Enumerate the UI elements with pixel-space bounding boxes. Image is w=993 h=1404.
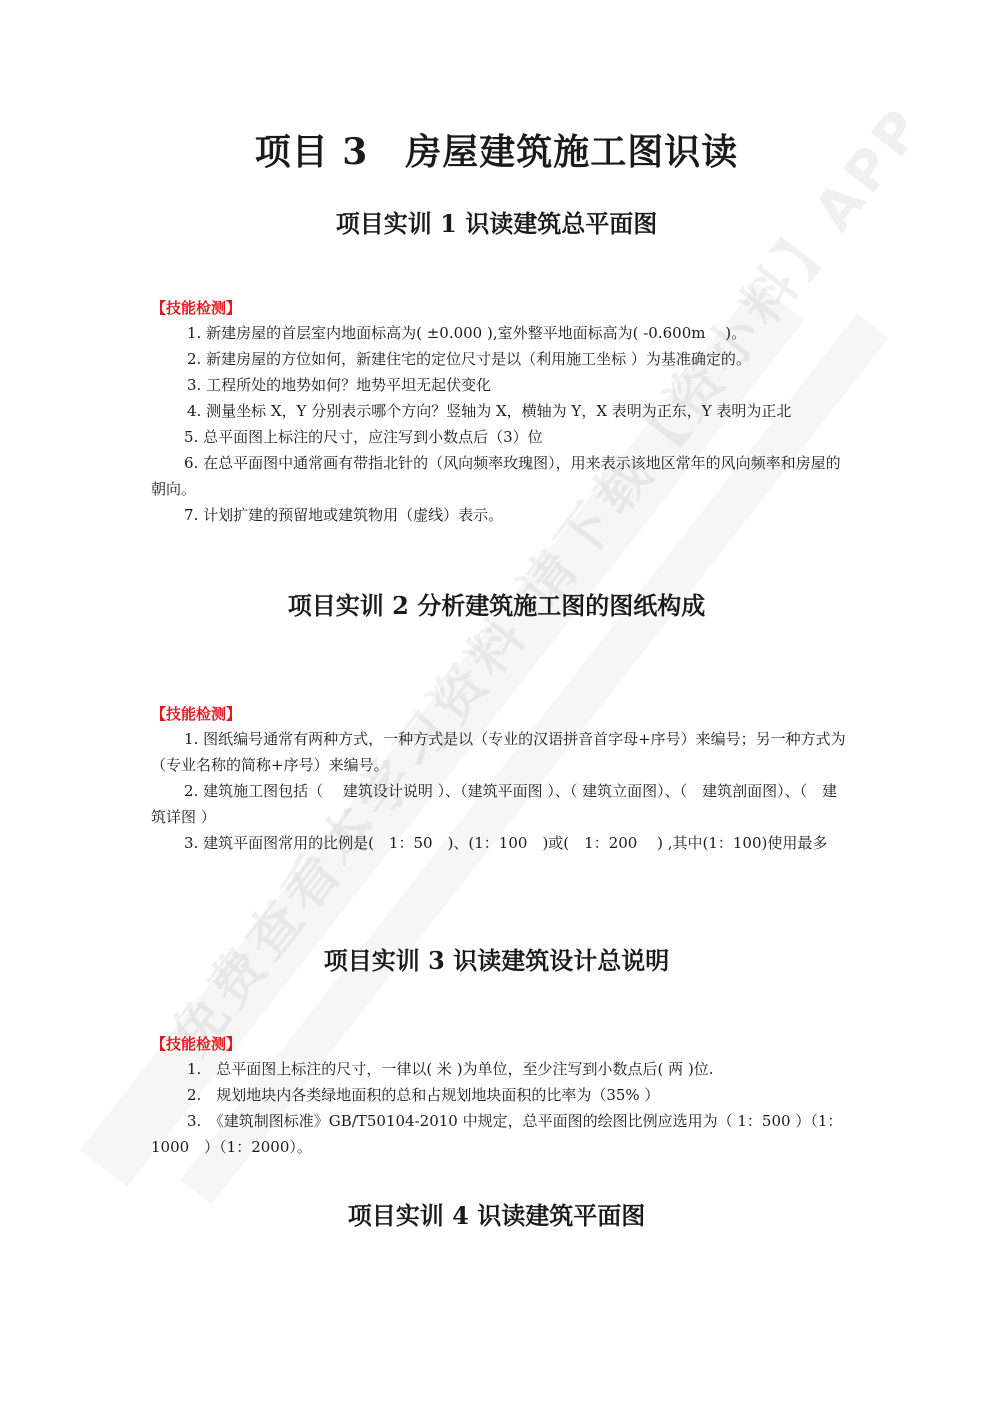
skill-check-tag: 【技能检测】 bbox=[151, 1032, 851, 1056]
skill-check-tag: 【技能检测】 bbox=[151, 702, 851, 726]
question-item: 2. 建筑施工图包括（ 建筑设计说明 ）、（建筑平面图 ）、（ 建筑立面图）、（… bbox=[151, 778, 851, 830]
question-item: 6. 在总平面图中通常画有带指北针的（风向频率玫瑰图），用来表示该地区常年的风向… bbox=[151, 450, 851, 502]
page-title: 项目 3 房屋建筑施工图识读 bbox=[0, 124, 993, 175]
question-item: 3. 工程所处的地势如何？地势平坦无起伏变化 bbox=[151, 372, 851, 398]
question-item: 5. 总平面图上标注的尺寸，应注写到小数点后（3）位 bbox=[151, 424, 851, 450]
section-title: 项目实训 1 识读建筑总平面图 bbox=[0, 204, 993, 239]
question-item: 1. 新建房屋的首层室内地面标高为( ±0.000 ),室外整平地面标高为( -… bbox=[151, 320, 851, 346]
question-item: 2. 新建房屋的方位如何，新建住宅的定位尺寸是以（利用施工坐标 ）为基准确定的。 bbox=[151, 346, 851, 372]
skill-check-tag: 【技能检测】 bbox=[151, 296, 851, 320]
question-item: 1. 图纸编号通常有两种方式，一种方式是以（专业的汉语拼音首字母+序号）来编号；… bbox=[151, 726, 851, 778]
section-title: 项目实训 2 分析建筑施工图的图纸构成 bbox=[0, 586, 993, 621]
question-item: 7. 计划扩建的预留地或建筑物用（虚线）表示。 bbox=[151, 502, 851, 528]
section-title: 项目实训 4 识读建筑平面图 bbox=[0, 1196, 993, 1231]
question-item: 2. 规划地块内各类绿地面积的总和占规划地块面积的比率为（35% ） bbox=[151, 1082, 851, 1108]
question-item: 4. 测量坐标 X，Y 分别表示哪个方向？竖轴为 X，横轴为 Y，X 表明为正东… bbox=[151, 398, 851, 424]
question-item: 1. 总平面图上标注的尺寸，一律以( 米 )为单位，至少注写到小数点后( 两 )… bbox=[151, 1056, 851, 1082]
question-item: 3. 《建筑制图标准》GB/T50104-2010 中规定，总平面图的绘图比例应… bbox=[151, 1108, 851, 1160]
section-body: 【技能检测】 1. 图纸编号通常有两种方式，一种方式是以（专业的汉语拼音首字母+… bbox=[151, 702, 851, 856]
section-body: 【技能检测】 1. 新建房屋的首层室内地面标高为( ±0.000 ),室外整平地… bbox=[151, 296, 851, 528]
question-item: 3. 建筑平面图常用的比例是( 1：50 )、(1：100 )或( 1：200 … bbox=[151, 830, 851, 856]
section-title: 项目实训 3 识读建筑设计总说明 bbox=[0, 941, 993, 976]
section-body: 【技能检测】 1. 总平面图上标注的尺寸，一律以( 米 )为单位，至少注写到小数… bbox=[151, 1032, 851, 1160]
